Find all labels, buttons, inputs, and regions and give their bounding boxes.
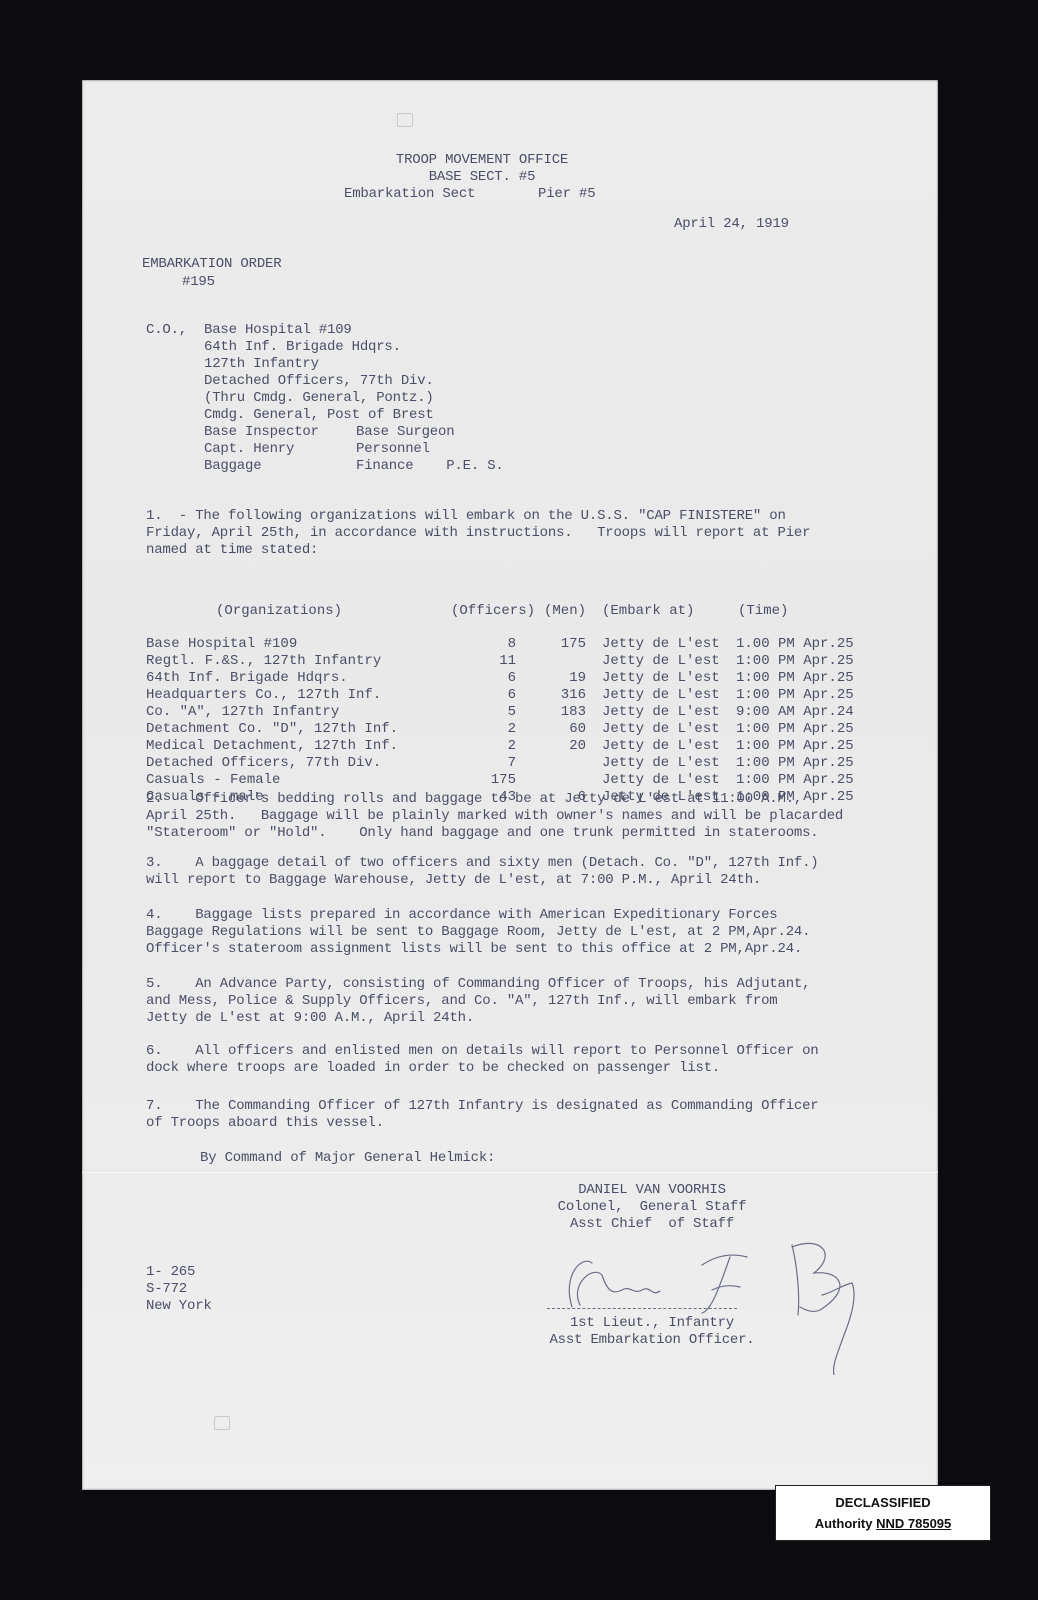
page-fold <box>82 1170 938 1173</box>
cell-time: 9:00 AM Apr.24 <box>736 704 854 720</box>
office-line-2: BASE SECT. #5 <box>332 169 632 186</box>
cell-men: 19 <box>526 670 586 686</box>
table-header: (Organizations) (Officers) (Men) (Embark… <box>146 603 866 620</box>
reference-line-2: S-772 <box>146 1281 187 1298</box>
paragraph-4: 4. Baggage lists prepared in accordance … <box>146 907 810 958</box>
cell-organization: 64th Inf. Brigade Hdqrs. <box>146 670 348 686</box>
by-command-line: By Command of Major General Helmick: <box>200 1150 495 1167</box>
signer-title-1: Colonel, General Staff <box>502 1199 802 1216</box>
distribution-line: Cmdg. General, Post of Brest <box>204 407 434 424</box>
office-line-3-left: Embarkation Sect <box>344 186 475 203</box>
cell-embark-at: Jetty de L'est <box>602 755 720 771</box>
declassified-authority: Authority NND 785095 <box>776 1516 990 1531</box>
cell-time: 1:00 PM Apr.25 <box>736 687 854 703</box>
distribution-line: Base Inspector <box>204 424 319 441</box>
cell-embark-at: Jetty de L'est <box>602 772 720 788</box>
cell-time: 1:00 PM Apr.25 <box>736 721 854 737</box>
table-row: Detachment Co. "D", 127th Inf. 2 60 Jett… <box>146 721 866 738</box>
cell-officers: 175 <box>466 772 516 788</box>
distribution-line: Finance P.E. S. <box>356 458 504 475</box>
reference-line-3: New York <box>146 1298 212 1315</box>
cell-time: 1:00 PM Apr.25 <box>736 738 854 754</box>
cell-time: 1:00 PM Apr.25 <box>736 755 854 771</box>
cell-officers: 2 <box>466 721 516 737</box>
reference-line-1: 1- 265 <box>146 1264 195 1281</box>
cell-men: 20 <box>526 738 586 754</box>
signature-line <box>547 1308 737 1309</box>
table-row: Medical Detachment, 127th Inf. 2 20 Jett… <box>146 738 866 755</box>
cell-men: 175 <box>526 636 586 652</box>
paragraph-1: 1. - The following organizations will em… <box>146 508 810 559</box>
embarkation-table: (Organizations) (Officers) (Men) (Embark… <box>146 603 866 806</box>
cell-organization: Detached Officers, 77th Div. <box>146 755 381 771</box>
paragraph-3: 3. A baggage detail of two officers and … <box>146 855 819 889</box>
punch-mark <box>214 1416 230 1430</box>
table-row: 64th Inf. Brigade Hdqrs. 6 19 Jetty de L… <box>146 670 866 687</box>
distribution-prefix: C.O., <box>146 322 187 339</box>
cell-men: 183 <box>526 704 586 720</box>
table-row: Detached Officers, 77th Div. 7 Jetty de … <box>146 755 866 772</box>
paragraph-6: 6. All officers and enlisted men on deta… <box>146 1043 819 1077</box>
cell-time: 1:00 PM Apr.25 <box>736 670 854 686</box>
signer-name: DANIEL VAN VOORHIS <box>502 1182 802 1199</box>
cell-organization: Base Hospital #109 <box>146 636 297 652</box>
cell-time: 1:00 PM Apr.25 <box>736 772 854 788</box>
table-row: Base Hospital #109 8 175 Jetty de L'est … <box>146 636 866 653</box>
cell-organization: Regtl. F.&S., 127th Infantry <box>146 653 381 669</box>
cell-embark-at: Jetty de L'est <box>602 670 720 686</box>
header-men: (Men) <box>544 603 586 619</box>
cell-embark-at: Jetty de L'est <box>602 687 720 703</box>
header-time: (Time) <box>738 603 788 619</box>
cell-organization: Co. "A", 127th Infantry <box>146 704 339 720</box>
table-row: Regtl. F.&S., 127th Infantry 11 Jetty de… <box>146 653 866 670</box>
punch-mark <box>397 113 413 127</box>
distribution-line: (Thru Cmdg. General, Pontz.) <box>204 390 434 407</box>
table-row: Co. "A", 127th Infantry 5 183 Jetty de L… <box>146 704 866 721</box>
paragraph-5: 5. An Advance Party, consisting of Comma… <box>146 976 810 1027</box>
distribution-line: Detached Officers, 77th Div. <box>204 373 434 390</box>
cell-embark-at: Jetty de L'est <box>602 653 720 669</box>
document-date: April 24, 1919 <box>674 216 789 233</box>
officer-title-2: Asst Embarkation Officer. <box>502 1332 802 1349</box>
cell-officers: 2 <box>466 738 516 754</box>
cell-organization: Casuals - Female <box>146 772 280 788</box>
declassified-stamp: DECLASSIFIED Authority NND 785095 <box>775 1485 991 1541</box>
paragraph-7: 7. The Commanding Officer of 127th Infan… <box>146 1098 819 1132</box>
office-line-3-right: Pier #5 <box>538 186 595 203</box>
paragraph-2: 2. Officer's bedding rolls and baggage t… <box>146 791 843 842</box>
table-row: Headquarters Co., 127th Inf. 6 316 Jetty… <box>146 687 866 704</box>
cell-embark-at: Jetty de L'est <box>602 636 720 652</box>
cell-men: 316 <box>526 687 586 703</box>
distribution-line: 64th Inf. Brigade Hdqrs. <box>204 339 401 356</box>
document-page: TROOP MOVEMENT OFFICE BASE SECT. #5 Emba… <box>82 80 938 1490</box>
distribution-line: Personnel <box>356 441 430 458</box>
officer-title-1: 1st Lieut., Infantry <box>502 1315 802 1332</box>
cell-time: 1:00 PM Apr.25 <box>736 653 854 669</box>
cell-organization: Detachment Co. "D", 127th Inf. <box>146 721 398 737</box>
distribution-line: Capt. Henry <box>204 441 294 458</box>
cell-time: 1.00 PM Apr.25 <box>736 636 854 652</box>
authority-code: NND 785095 <box>876 1516 951 1531</box>
header-officers: (Officers) <box>451 603 535 619</box>
cell-officers: 11 <box>466 653 516 669</box>
signer-title-2: Asst Chief of Staff <box>502 1216 802 1233</box>
authority-label: Authority <box>815 1516 876 1531</box>
cell-organization: Medical Detachment, 127th Inf. <box>146 738 398 754</box>
distribution-line: Base Surgeon <box>356 424 454 441</box>
declassified-title: DECLASSIFIED <box>776 1495 990 1510</box>
handwritten-signature: Edwin F Barry <box>552 1235 872 1375</box>
cell-officers: 7 <box>466 755 516 771</box>
cell-men: 60 <box>526 721 586 737</box>
cell-officers: 6 <box>466 687 516 703</box>
cell-officers: 5 <box>466 704 516 720</box>
office-line-1: TROOP MOVEMENT OFFICE <box>332 152 632 169</box>
distribution-line: 127th Infantry <box>204 356 319 373</box>
header-embark-at: (Embark at) <box>602 603 694 619</box>
cell-embark-at: Jetty de L'est <box>602 721 720 737</box>
cell-organization: Headquarters Co., 127th Inf. <box>146 687 381 703</box>
cell-officers: 6 <box>466 670 516 686</box>
order-title: EMBARKATION ORDER <box>142 256 281 273</box>
table-row: Casuals - Female 175 Jetty de L'est 1:00… <box>146 772 866 789</box>
distribution-line: Base Hospital #109 <box>204 322 352 339</box>
order-number: #195 <box>182 274 215 291</box>
header-organizations: (Organizations) <box>216 603 342 619</box>
cell-embark-at: Jetty de L'est <box>602 704 720 720</box>
cell-embark-at: Jetty de L'est <box>602 738 720 754</box>
distribution-line: Baggage <box>204 458 261 475</box>
cell-officers: 8 <box>466 636 516 652</box>
